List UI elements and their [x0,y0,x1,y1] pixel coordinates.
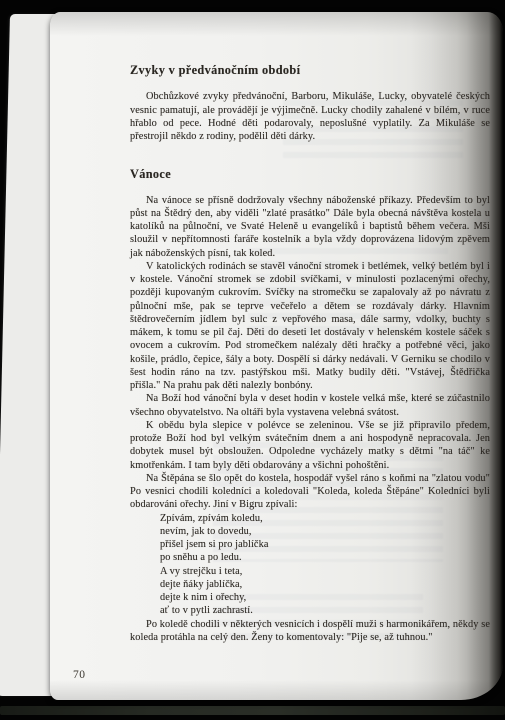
carol-verse-line: dejte k nim i ořechy, [160,591,490,604]
paragraph-christmas-1: Na vánoce se přísně dodržovaly všechny n… [130,194,490,260]
section-heading-pre-christmas-customs: Zvyky v předvánočním období [130,64,490,77]
paragraph-christmas-4: K obědu byla slepice v polévce se zeleni… [130,419,490,472]
paragraph-christmas-3: Na Boží hod vánoční byla v deset hodin v… [130,392,490,419]
paragraph-christmas-2: V katolických rodinách se stavěl vánoční… [130,260,490,393]
desk-surface [0,706,505,715]
carol-verse: Zpívám, zpívám koledu, nevím, jak to dov… [160,512,490,618]
section-heading-christmas: Vánoce [130,168,490,181]
carol-verse-line: dejte ňáky jablíčka, [160,578,490,591]
book-page: Zvyky v předvánočním období Obchůzkové z… [50,12,503,700]
carol-verse-line: Zpívám, zpívám koledu, [160,512,490,525]
carol-verse-line: po sněhu a po ledu. [160,551,490,564]
paragraph-christmas-5: Na Štěpána se šlo opět do kostela, hospo… [130,472,490,512]
paragraph-pre-christmas: Obchůzkové zvyky předvánoční, Barboru, M… [130,90,490,143]
carol-verse-line: A vy strejčku i teta, [160,565,490,578]
book-photo: Zvyky v předvánočním období Obchůzkové z… [0,0,505,720]
carol-verse-line: přišel jsem si pro jablíčka [160,538,490,551]
carol-verse-line: ať to v pytli zachrastí. [160,604,490,617]
page-number: 70 [73,669,86,681]
paragraph-christmas-closing: Po koledě chodili v některých vesnicích … [130,618,490,645]
carol-verse-line: nevím, jak to dovedu, [160,525,490,538]
page-bottom-shadow [50,680,503,700]
page-top-shadow [50,12,503,36]
page-text-block: Zvyky v předvánočním období Obchůzkové z… [130,64,490,644]
